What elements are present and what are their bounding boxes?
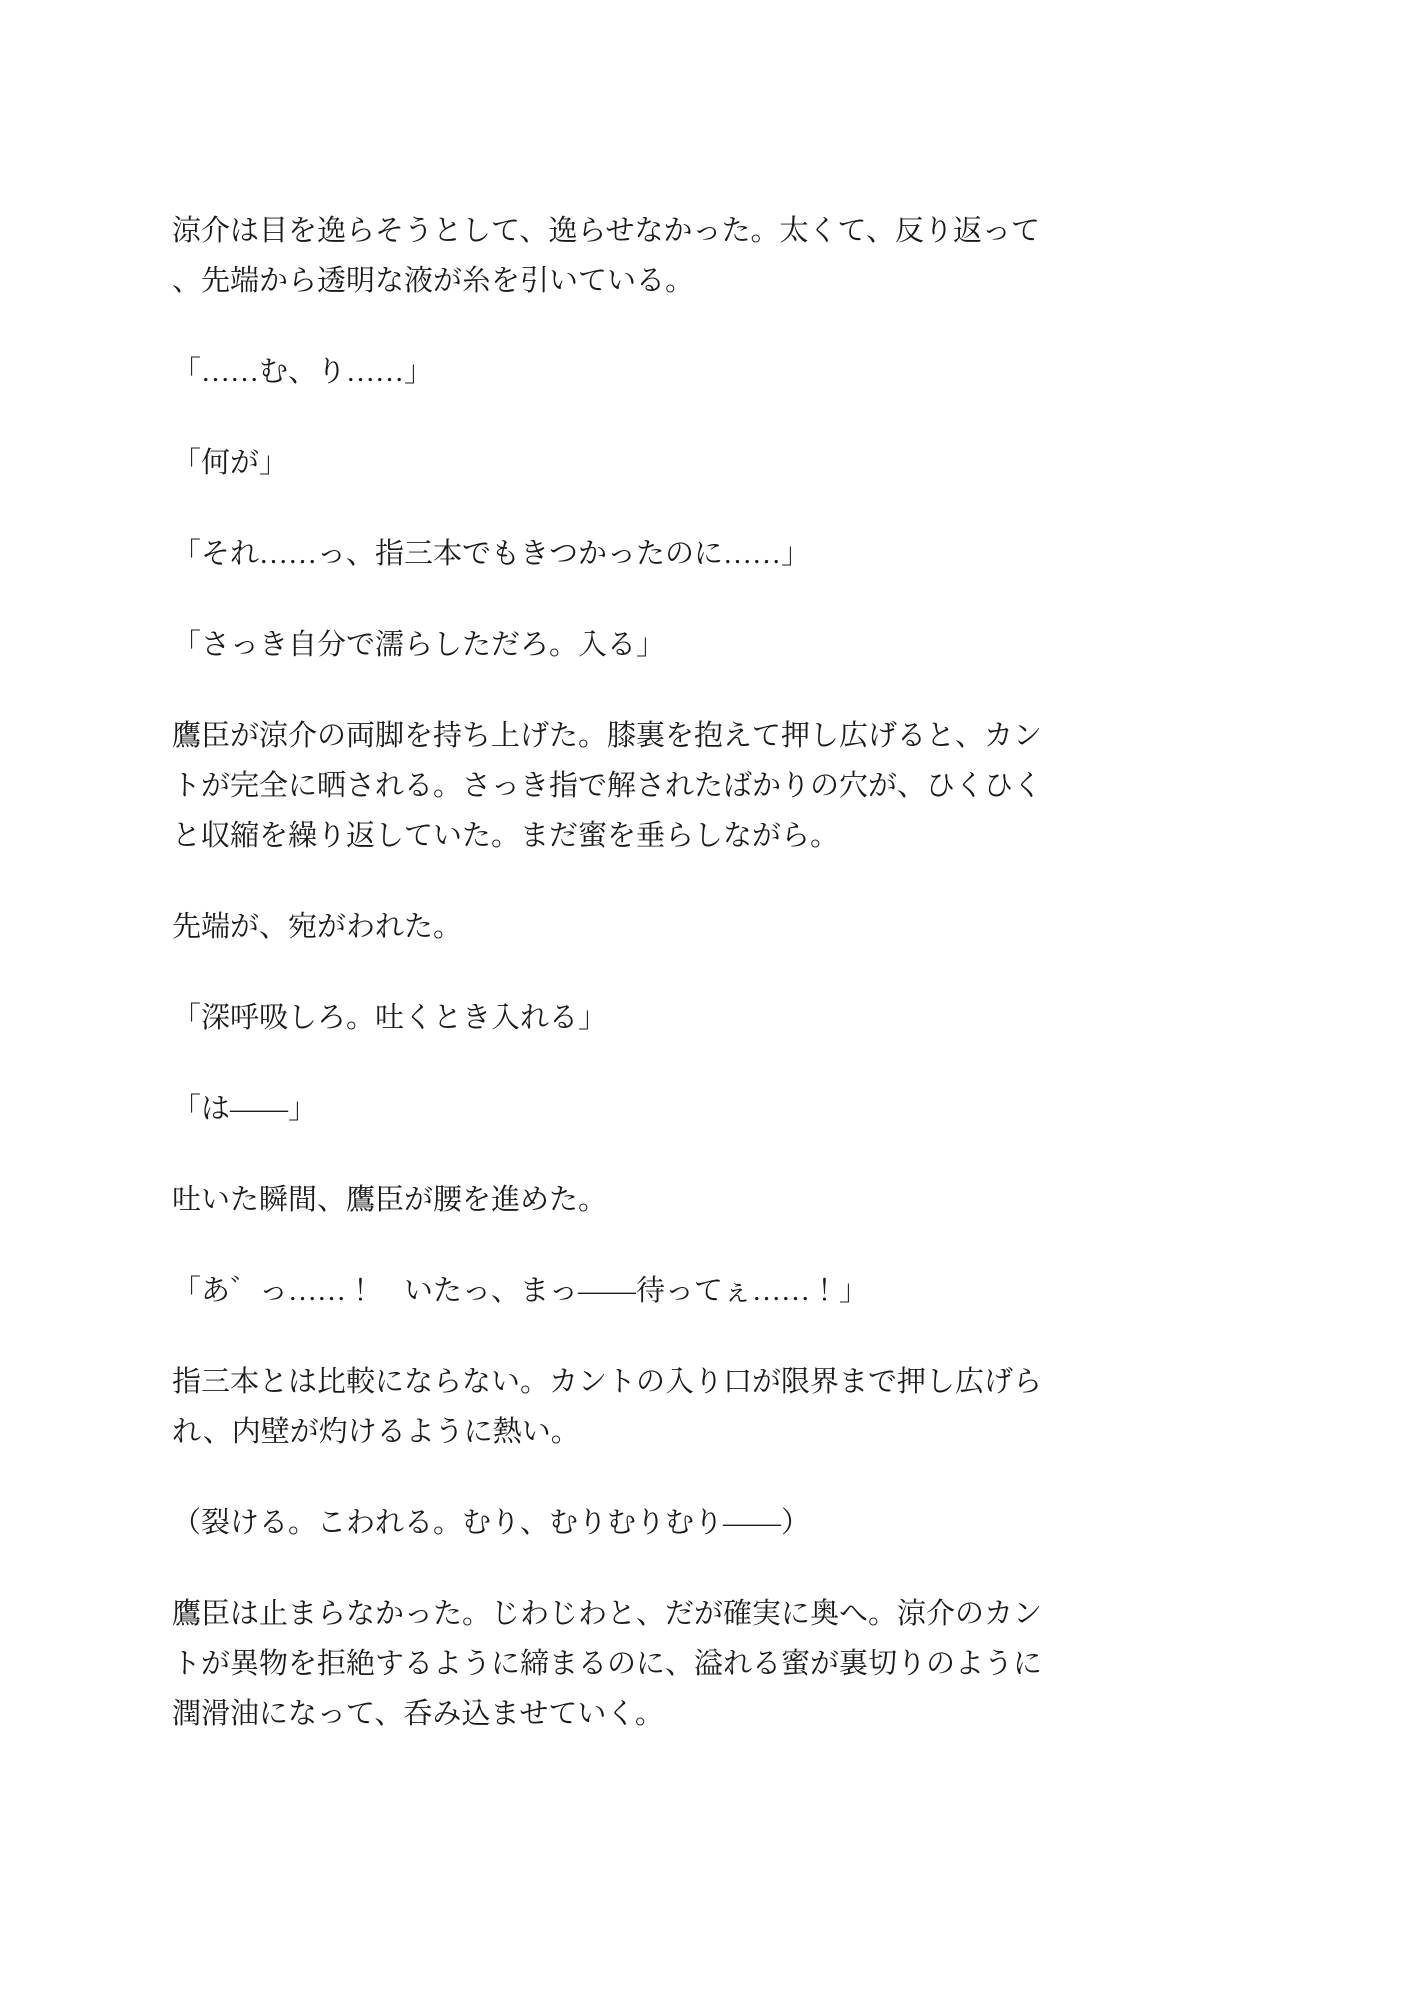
document-page: 涼介は目を逸らそうとして、逸らせなかった。太くて、反り返って、先端から透明な液が…	[0, 0, 1415, 2000]
narration-paragraph: 鷹臣が涼介の両脚を持ち上げた。膝裏を抱えて押し広げると、カントが完全に晒される。…	[172, 711, 1044, 861]
dialogue-line: 「あ゛っ……！ いたっ、まっ――待ってぇ……！」	[172, 1266, 1044, 1316]
dialogue-line: 「……む、り……」	[172, 347, 1044, 397]
narration-paragraph: 先端が、宛がわれた。	[172, 902, 1044, 952]
dialogue-line: 「は――」	[172, 1084, 1044, 1134]
thought-line: （裂ける。こわれる。むり、むりむりむり――）	[172, 1498, 1044, 1548]
dialogue-line: 「何が」	[172, 438, 1044, 488]
dialogue-line: 「さっき自分で濡らしただろ。入る」	[172, 620, 1044, 670]
dialogue-line: 「それ……っ、指三本でもきつかったのに……」	[172, 529, 1044, 579]
narration-paragraph: 涼介は目を逸らそうとして、逸らせなかった。太くて、反り返って、先端から透明な液が…	[172, 206, 1044, 306]
dialogue-line: 「深呼吸しろ。吐くとき入れる」	[172, 993, 1044, 1043]
narration-paragraph: 指三本とは比較にならない。カントの入り口が限界まで押し広げられ、内壁が灼けるよう…	[172, 1357, 1044, 1457]
narration-paragraph: 吐いた瞬間、鷹臣が腰を進めた。	[172, 1175, 1044, 1225]
narration-paragraph: 鷹臣は止まらなかった。じわじわと、だが確実に奥へ。涼介のカントが異物を拒絶するよ…	[172, 1589, 1044, 1739]
